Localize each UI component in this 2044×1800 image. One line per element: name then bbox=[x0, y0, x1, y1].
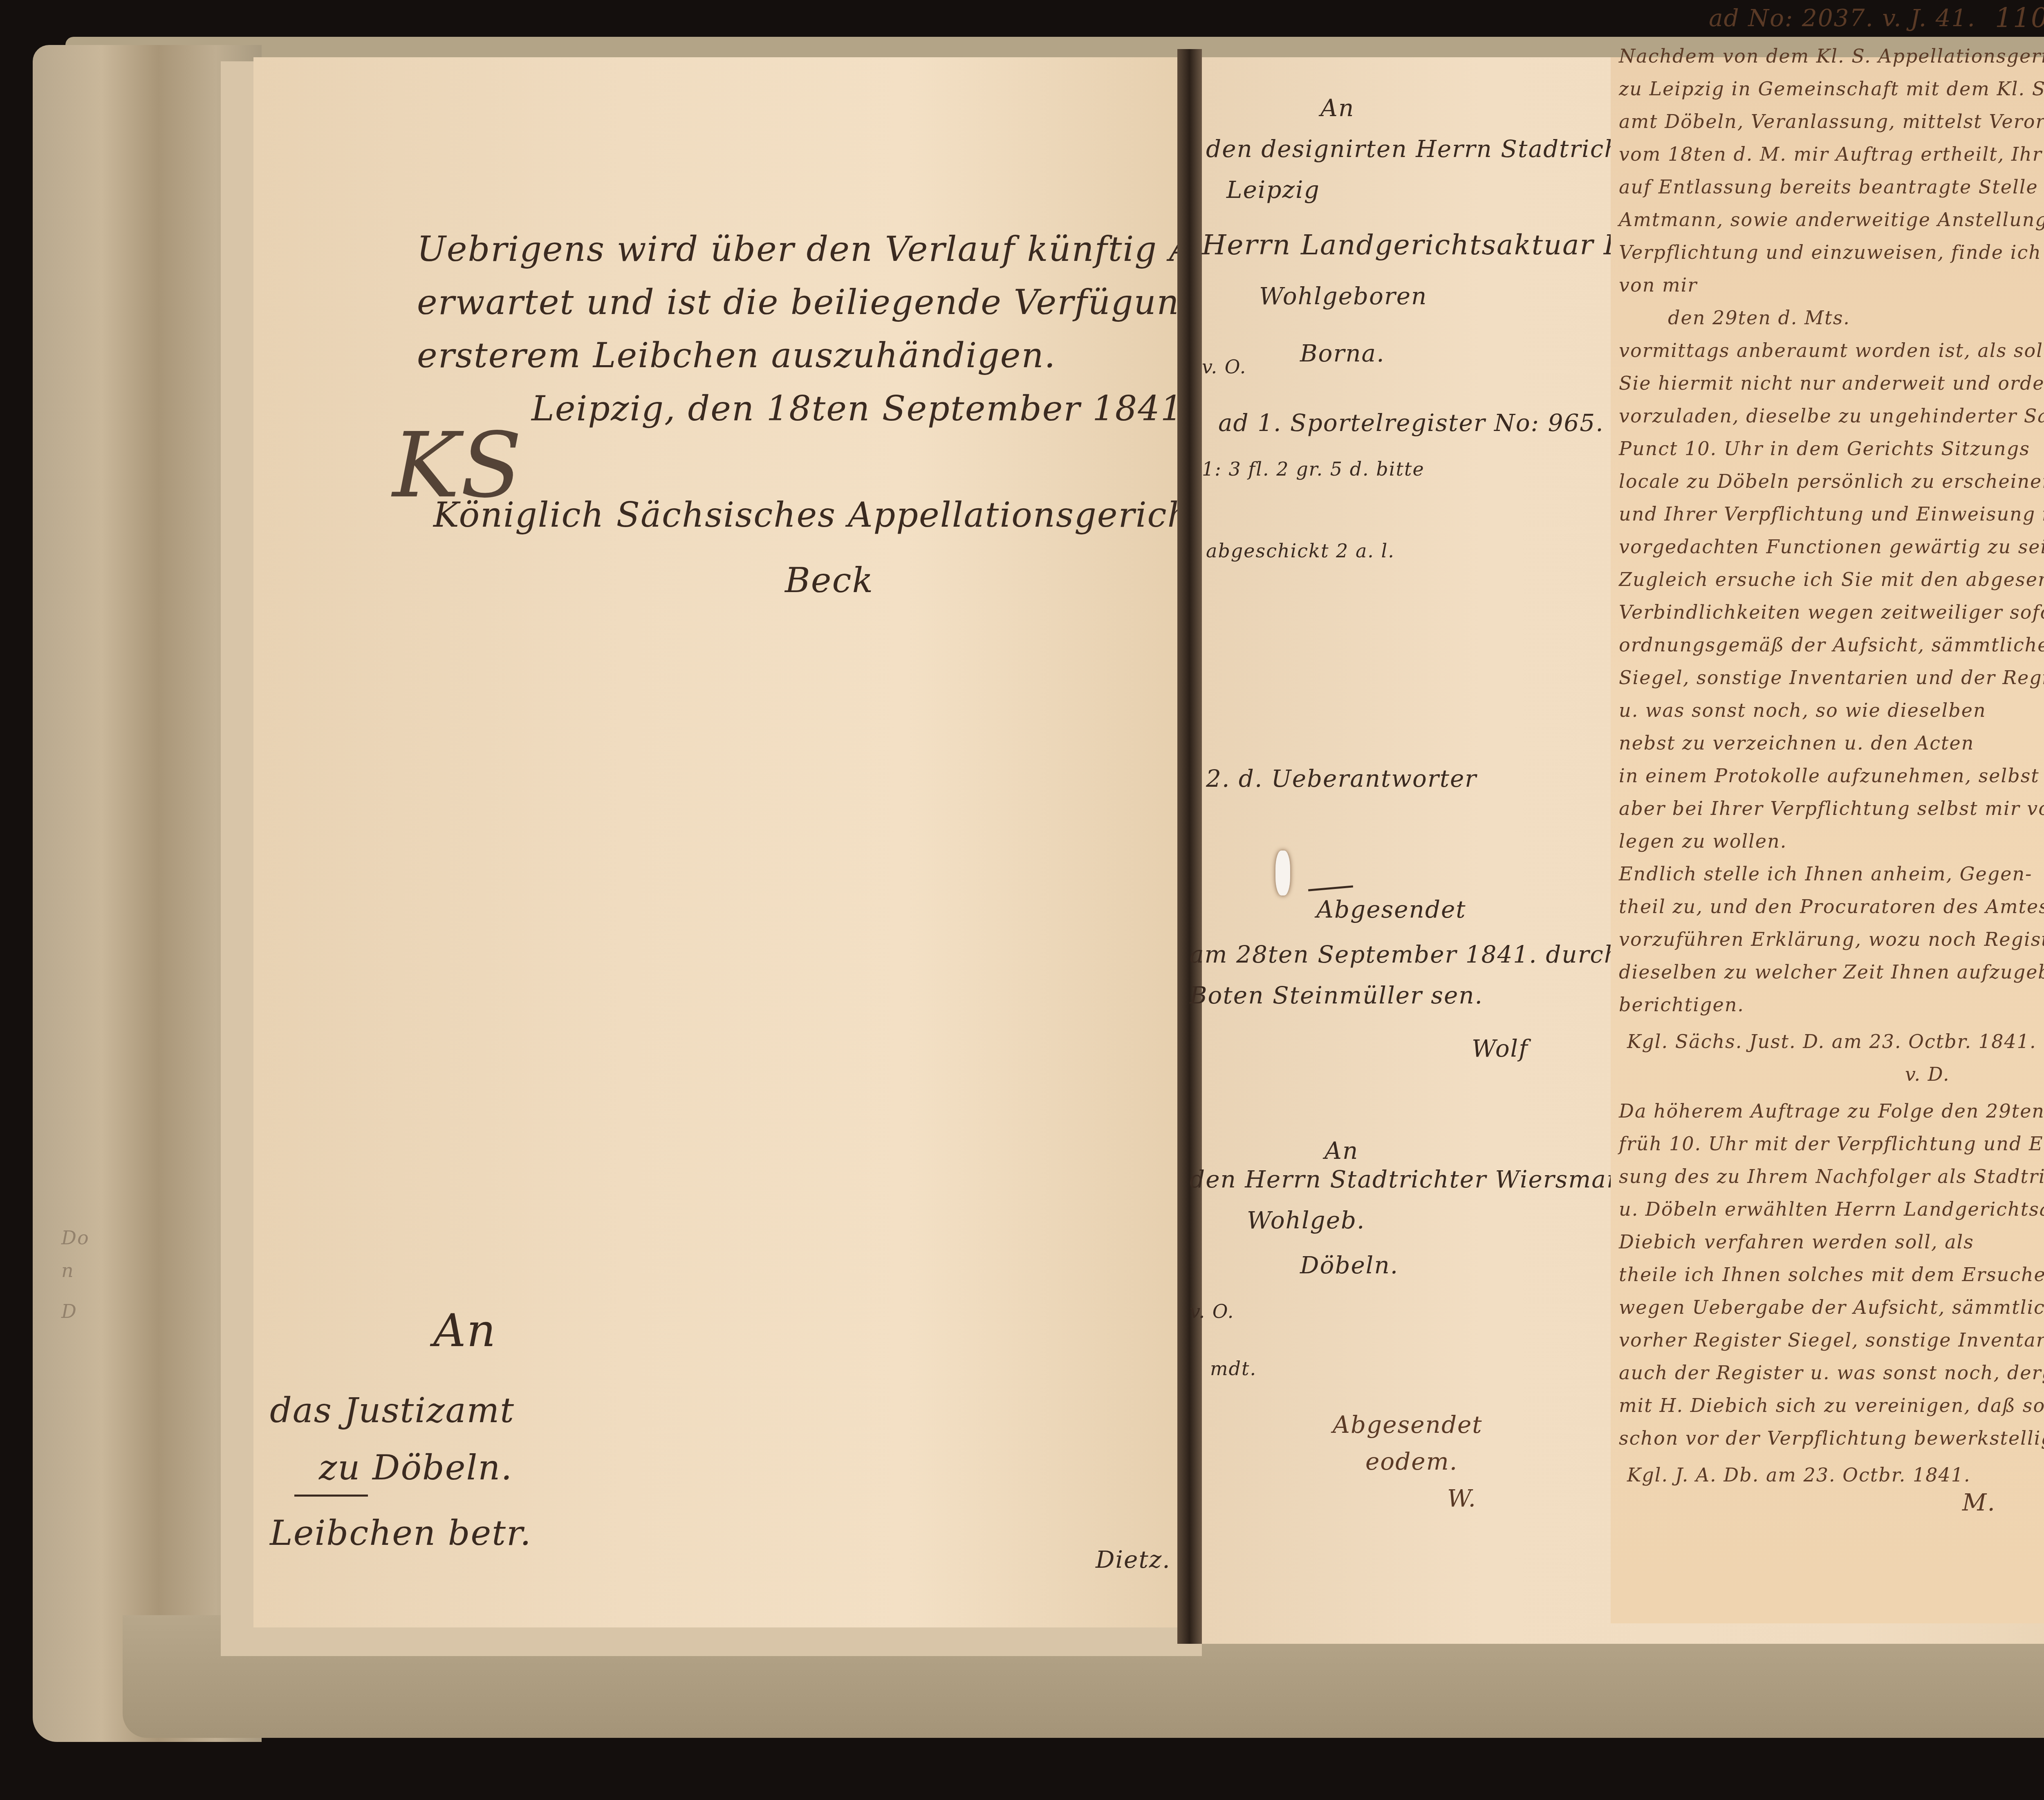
slip-line: vorzuladen, dieselbe zu ungehinderter Sa… bbox=[1619, 405, 2044, 427]
slip-line: den 29ten d. Mts. bbox=[1668, 307, 1850, 329]
slip-line: Punct 10. Uhr in dem Gerichts Sitzungs bbox=[1619, 438, 2030, 460]
slip-line: berichtigen. bbox=[1619, 994, 1744, 1016]
address-recipient: das Justizamt bbox=[270, 1390, 515, 1430]
margin-fragment-1: Do bbox=[61, 1227, 90, 1249]
dispatch-messenger: Boten Steinmüller sen. bbox=[1190, 981, 1483, 1009]
address-place: zu Döbeln. bbox=[319, 1448, 513, 1488]
sportel-reference: ad 1. Sportelregister No: 965. bbox=[1218, 409, 1604, 437]
second-address-line-1: den Herrn Stadtrichter Wiersman bbox=[1190, 1165, 1623, 1193]
left-signature: Beck bbox=[785, 560, 874, 600]
slip-line: theil zu, und den Procuratoren des Amtes bbox=[1619, 896, 2044, 918]
slip-line: nebst zu verzeichnen u. den Acten bbox=[1619, 732, 1974, 754]
slip-line: in einem Protokolle aufzunehmen, selbst bbox=[1619, 765, 2040, 787]
slip-line: vormittags anberaumt worden ist, als sol… bbox=[1619, 339, 2044, 361]
slip-line: Nachdem von dem Kl. S. Appellationsgeric… bbox=[1619, 45, 2044, 67]
court-authority: Königlich Sächsisches Appellationsgerich… bbox=[433, 495, 1217, 535]
slip-line: dieselben zu welcher Zeit Ihnen aufzugeb… bbox=[1619, 961, 2044, 983]
dispatch-note-line: abgeschickt 2 a. l. bbox=[1206, 540, 1395, 562]
slip-line: Zugleich ersuche ich Sie mit den abgesen… bbox=[1619, 568, 2044, 590]
second-address-an: An bbox=[1325, 1137, 1358, 1165]
slip-line: Kgl. Sächs. Just. D. am 23. Octbr. 1841. bbox=[1627, 1030, 2037, 1053]
slip-line: locale zu Döbeln persönlich zu erscheine… bbox=[1619, 470, 2044, 492]
dispatch-signature: Wolf bbox=[1472, 1035, 1529, 1062]
marginal-note-mdt: mdt. bbox=[1210, 1358, 1257, 1380]
slip-line: amt Döbeln, Veranlassung, mittelst Veror… bbox=[1619, 110, 2044, 132]
marginal-note-vo-2: v. O. bbox=[1190, 1300, 1234, 1322]
dispatch-note-2-eodem: eodem. bbox=[1365, 1448, 1458, 1475]
slip-line: vorzuführen Erklärung, wozu noch Registe… bbox=[1619, 928, 2044, 950]
slip-line: Kgl. J. A. Db. am 23. Octbr. 1841. bbox=[1627, 1464, 1971, 1486]
left-body-line-3: ersterem Leibchen auszuhändigen. bbox=[417, 335, 1056, 375]
slip-reference-header: ad No: 2037. v. J. 41. bbox=[1709, 4, 1976, 32]
slip-line: ordnungsgemäß der Aufsicht, sämmtlicher … bbox=[1619, 634, 2044, 656]
slip-line: von mir bbox=[1619, 274, 1697, 296]
slip-line: v. D. bbox=[1905, 1063, 1950, 1085]
slip-line: legen zu wollen. bbox=[1619, 830, 1787, 852]
second-address-line-2: Wohlgeb. bbox=[1247, 1206, 1365, 1234]
book-gutter bbox=[1177, 49, 1202, 1644]
slip-line: u. Döbeln erwählten Herrn Landgerichtsac… bbox=[1619, 1198, 2044, 1220]
fee-line: 1: 3 fl. 2 gr. 5 d. bitte bbox=[1202, 458, 1425, 480]
right-address-line-4: Wohlgeboren bbox=[1259, 282, 1427, 310]
slip-line: mit H. Diebich sich zu vereinigen, daß s… bbox=[1619, 1394, 2044, 1416]
margin-fragment-2: n bbox=[61, 1259, 74, 1282]
slip-line: Siegel, sonstige Inventarien und der Reg… bbox=[1619, 667, 2044, 689]
slip-line: Verpflichtung und einzuweisen, finde ich bbox=[1619, 241, 2042, 263]
slip-line: auch der Register u. was sonst noch, der… bbox=[1619, 1362, 2044, 1384]
slip-line: schon vor der Verpflichtung bewerkstelli… bbox=[1619, 1427, 2044, 1449]
marginal-note-vo-1: v. O. bbox=[1202, 356, 1246, 378]
slip-line: früh 10. Uhr mit der Verpflichtung und E… bbox=[1619, 1133, 2044, 1155]
slip-line: auf Entlassung bereits beantragte Stelle… bbox=[1619, 176, 2044, 198]
slip-line: theile ich Ihnen solches mit dem Ersuche… bbox=[1619, 1264, 2044, 1286]
slip-line: sung des zu Ihrem Nachfolger als Stadtri… bbox=[1619, 1165, 2044, 1187]
slip-line: aber bei Ihrer Verpflichtung selbst mir … bbox=[1619, 797, 2044, 819]
margin-fragment-3: D bbox=[61, 1300, 77, 1322]
slip-closing-sign: M. bbox=[1962, 1488, 1996, 1516]
slip-line: zu Leipzig in Gemeinschaft mit dem Kl. S… bbox=[1619, 78, 2044, 100]
slip-line: Verbindlichkeiten wegen zeitweiliger sof… bbox=[1619, 601, 2044, 623]
slip-line: u. was sonst noch, so wie dieselben bbox=[1619, 699, 1986, 721]
address-closing: Leibchen betr. bbox=[270, 1513, 532, 1553]
dispatch-note-2: Abgesendet bbox=[1333, 1411, 1483, 1439]
dispatch-signature-2: W. bbox=[1447, 1484, 1477, 1512]
slip-line: Diebich verfahren werden soll, als bbox=[1619, 1231, 1974, 1253]
address-an: An bbox=[433, 1304, 496, 1357]
slip-line: und Ihrer Verpflichtung und Einweisung i… bbox=[1619, 503, 2044, 525]
slip-line: vorher Register Siegel, sonstige Inventa… bbox=[1619, 1329, 2044, 1351]
slip-line: Sie hiermit nicht nur anderweit und orde… bbox=[1619, 372, 2044, 394]
second-address-line-3: Döbeln. bbox=[1300, 1251, 1399, 1279]
dispatch-date: am 28ten September 1841. durch den bbox=[1190, 940, 1675, 968]
slip-line: vorgedachten Functionen gewärtig zu sein… bbox=[1619, 536, 2044, 558]
slip-line: wegen Uebergabe der Aufsicht, sämmtliche… bbox=[1619, 1296, 2044, 1318]
section-2-heading: 2. d. Ueberantworter bbox=[1206, 765, 1477, 792]
dispatch-note: Abgesendet bbox=[1316, 896, 1466, 923]
slip-line: Da höherem Auftrage zu Folge den 29ten d… bbox=[1619, 1100, 2044, 1122]
slip-line: vom 18ten d. M. mir Auftrag ertheilt, Ih… bbox=[1619, 143, 2044, 165]
right-address-line-2: Leipzig bbox=[1226, 176, 1320, 204]
folio-number: 110 f2 bbox=[1995, 2, 2044, 34]
paper-hole-damage bbox=[1275, 851, 1290, 896]
left-date-line: Leipzig, den 18ten September 1841. bbox=[531, 388, 1195, 429]
slip-line: Endlich stelle ich Ihnen anheim, Gegen- bbox=[1619, 863, 2033, 885]
right-address-line-5: Borna. bbox=[1300, 339, 1385, 367]
divider-flourish bbox=[294, 1495, 368, 1497]
slip-line: Amtmann, sowie anderweitige Anstellung bbox=[1619, 209, 2044, 231]
left-body-line-2: erwartet und ist die beiliegende Verfügu… bbox=[417, 282, 1202, 322]
right-address-an: An bbox=[1320, 94, 1354, 122]
